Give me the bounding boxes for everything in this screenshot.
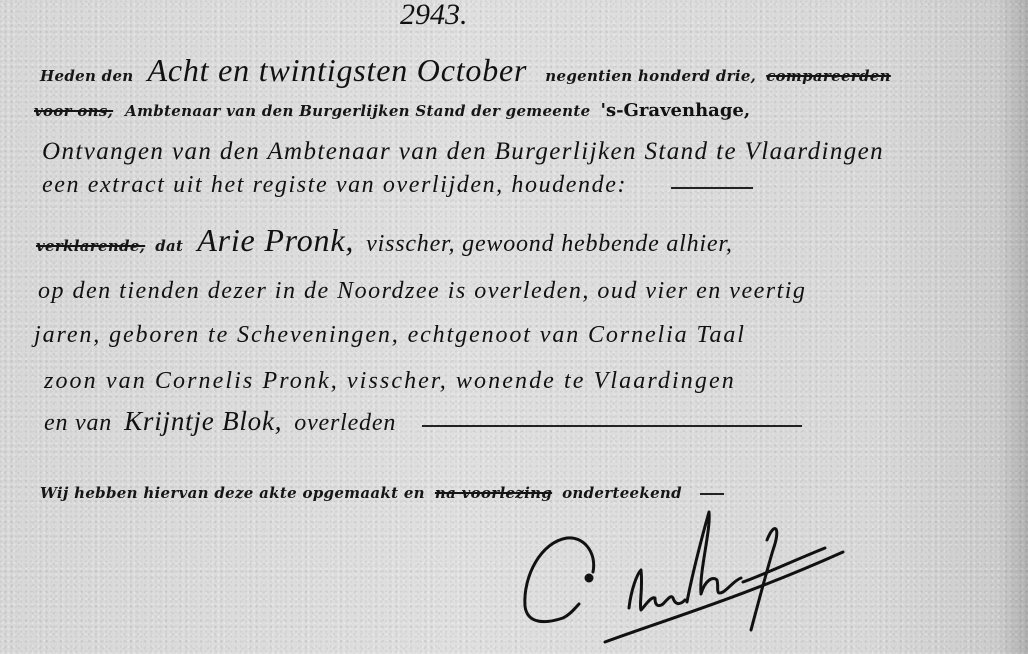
handwritten-received-from: Ontvangen van den Ambtenaar van den Burg… xyxy=(42,138,884,165)
struck-verklarende: verklarende, xyxy=(36,237,145,255)
fill-line xyxy=(671,187,753,189)
struck-voor-ons: voor ons, xyxy=(34,102,113,120)
handwritten-extract: een extract uit het registe van overlijd… xyxy=(42,172,627,198)
handwritten-date-day: Acht en twintigsten October xyxy=(148,52,528,88)
handwritten-deceased-name: Arie Pronk, xyxy=(197,222,354,258)
printed-dat: dat xyxy=(155,237,183,255)
line-deceased: verklarende, dat Arie Pronk, visscher, g… xyxy=(36,222,733,259)
handwritten-birth-spouse: jaren, geboren te Scheveningen, echtgeno… xyxy=(34,322,746,348)
printed-gravenhage: 's-Gravenhage, xyxy=(600,100,750,121)
scan-edge-shadow xyxy=(998,0,1028,654)
line-birth-spouse: jaren, geboren te Scheveningen, echtgeno… xyxy=(34,322,746,349)
handwritten-father: zoon van Cornelis Pronk, visscher, wonen… xyxy=(44,368,736,394)
line-father: zoon van Cornelis Pronk, visscher, wonen… xyxy=(44,368,736,395)
handwritten-occupation-residence: visscher, gewoond hebbende alhier, xyxy=(366,231,732,257)
line-mother: en van Krijntje Blok, overleden xyxy=(44,406,802,437)
line-official: voor ons, Ambtenaar van den Burgerlijken… xyxy=(34,100,750,121)
line-death-details: op den tienden dezer in de Noordzee is o… xyxy=(38,278,806,305)
line-extract: een extract uit het registe van overlijd… xyxy=(42,172,753,199)
line-received: Ontvangen van den Ambtenaar van den Burg… xyxy=(42,138,884,166)
document-page: 2943. Heden den Acht en twintigsten Octo… xyxy=(0,0,1028,654)
signature-mark xyxy=(505,500,845,650)
struck-compareerden: compareerden xyxy=(766,67,891,85)
fill-line xyxy=(700,493,724,495)
handwritten-overleden: overleden xyxy=(294,410,396,436)
register-number: 2943. xyxy=(400,0,468,32)
printed-year: negentien honderd drie, xyxy=(545,67,756,85)
handwritten-en-van: en van xyxy=(44,410,112,436)
printed-heden-den: Heden den xyxy=(40,67,134,85)
line-date: Heden den Acht en twintigsten October ne… xyxy=(40,52,891,89)
printed-closing: Wij hebben hiervan deze akte opgemaakt e… xyxy=(40,484,425,502)
printed-ambtenaar: Ambtenaar van den Burgerlijken Stand der… xyxy=(125,102,590,120)
handwritten-death-details: op den tienden dezer in de Noordzee is o… xyxy=(38,278,806,304)
fill-line xyxy=(422,425,802,427)
handwritten-mother-name: Krijntje Blok, xyxy=(124,406,282,436)
